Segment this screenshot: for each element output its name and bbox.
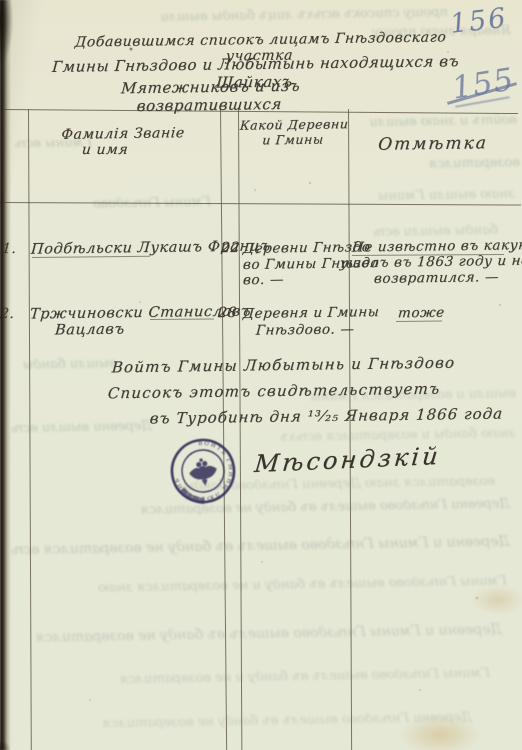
header-village-line2: и Гмины [239,131,346,147]
bleed-through-line: Деревни Гнѣздово вышелъ въ банду не возв… [90,496,510,518]
certification-line1: Войтъ Гмины Любытынь и Гнѣздово [111,354,456,377]
bleed-through-line: прошу списокъ всѣхъ лицъ банды вышли [88,5,448,26]
certification-date-line: въ Туробинѣ дня ¹³⁄₂₅ Января 1866 года [149,405,504,428]
page-binding-edge-bottom [0,732,16,750]
bleed-through-line: Деревни и Гмины Гнѣздово вышелъ въ банду… [2,622,502,647]
row-remark-line: тоже [397,305,445,322]
bleed-through-line: Деревни Гнѣздово вышелъ въ банду не возв… [2,710,472,733]
round-ink-seal: ВОЙТЪ ГМИНЫ ЛЮБЫТЫНЬ [161,429,244,512]
ink-underline [32,256,150,258]
header-name-column: Фамилія Званіе и имя [28,126,218,158]
bleed-through-line: возвратился [414,155,520,172]
header-name-line2: и имя [9,142,200,158]
row-village-line: во. — [242,272,284,289]
bleed-through-line: знаю банды и возвратился всѣхъ [268,426,516,445]
page-binding-edge [0,0,11,750]
row-remark-line: возвратился. — [373,269,499,287]
row-village-line: Гнѣздово. — [255,321,355,338]
wojt-signature: Мѣсондзкій [253,442,442,478]
bleed-through-line: войтъ и знаю вышли [352,113,517,131]
bleed-through-line: Гмины Гнѣздово вышелъ въ банду и не возв… [2,574,507,598]
row-name-line2: Вацлавъ [54,322,125,339]
scanned-archival-document-page: прошу списокъ всѣхъ лицъ банды вышли Янв… [0,0,522,750]
ink-underline [396,321,442,322]
page-binding-edge-top [0,0,18,72]
document-title-line3: Мятежниковъ и изъ возвратившихся [74,76,347,116]
row-age: 28 [217,305,237,321]
bleed-through-line: вышли банды [2,356,117,373]
bleed-through-line: Деревни и Гмины Гнѣздово вышелъ въ банду… [2,534,510,559]
column-divider-age-village [238,109,242,750]
bleed-through-line: Гмины Гнѣздово вышелъ въ банду и не возв… [2,666,490,690]
row-age: 22 [220,240,240,256]
row-village-line: Деревня и Гмины [242,304,380,322]
header-remark-column: Отмѣтка [349,133,517,155]
bleed-through-line: Деревни вышли всѣ [2,419,152,437]
header-village-line1: Какой Деревни [239,116,346,132]
double-headed-eagle-emblem [187,456,219,488]
bleed-through-line: знаю вышли Гмины [350,187,515,205]
header-village-column: Какой Деревни и Гмины [240,117,346,147]
header-name-line1: Фамилія Званіе [27,125,218,144]
